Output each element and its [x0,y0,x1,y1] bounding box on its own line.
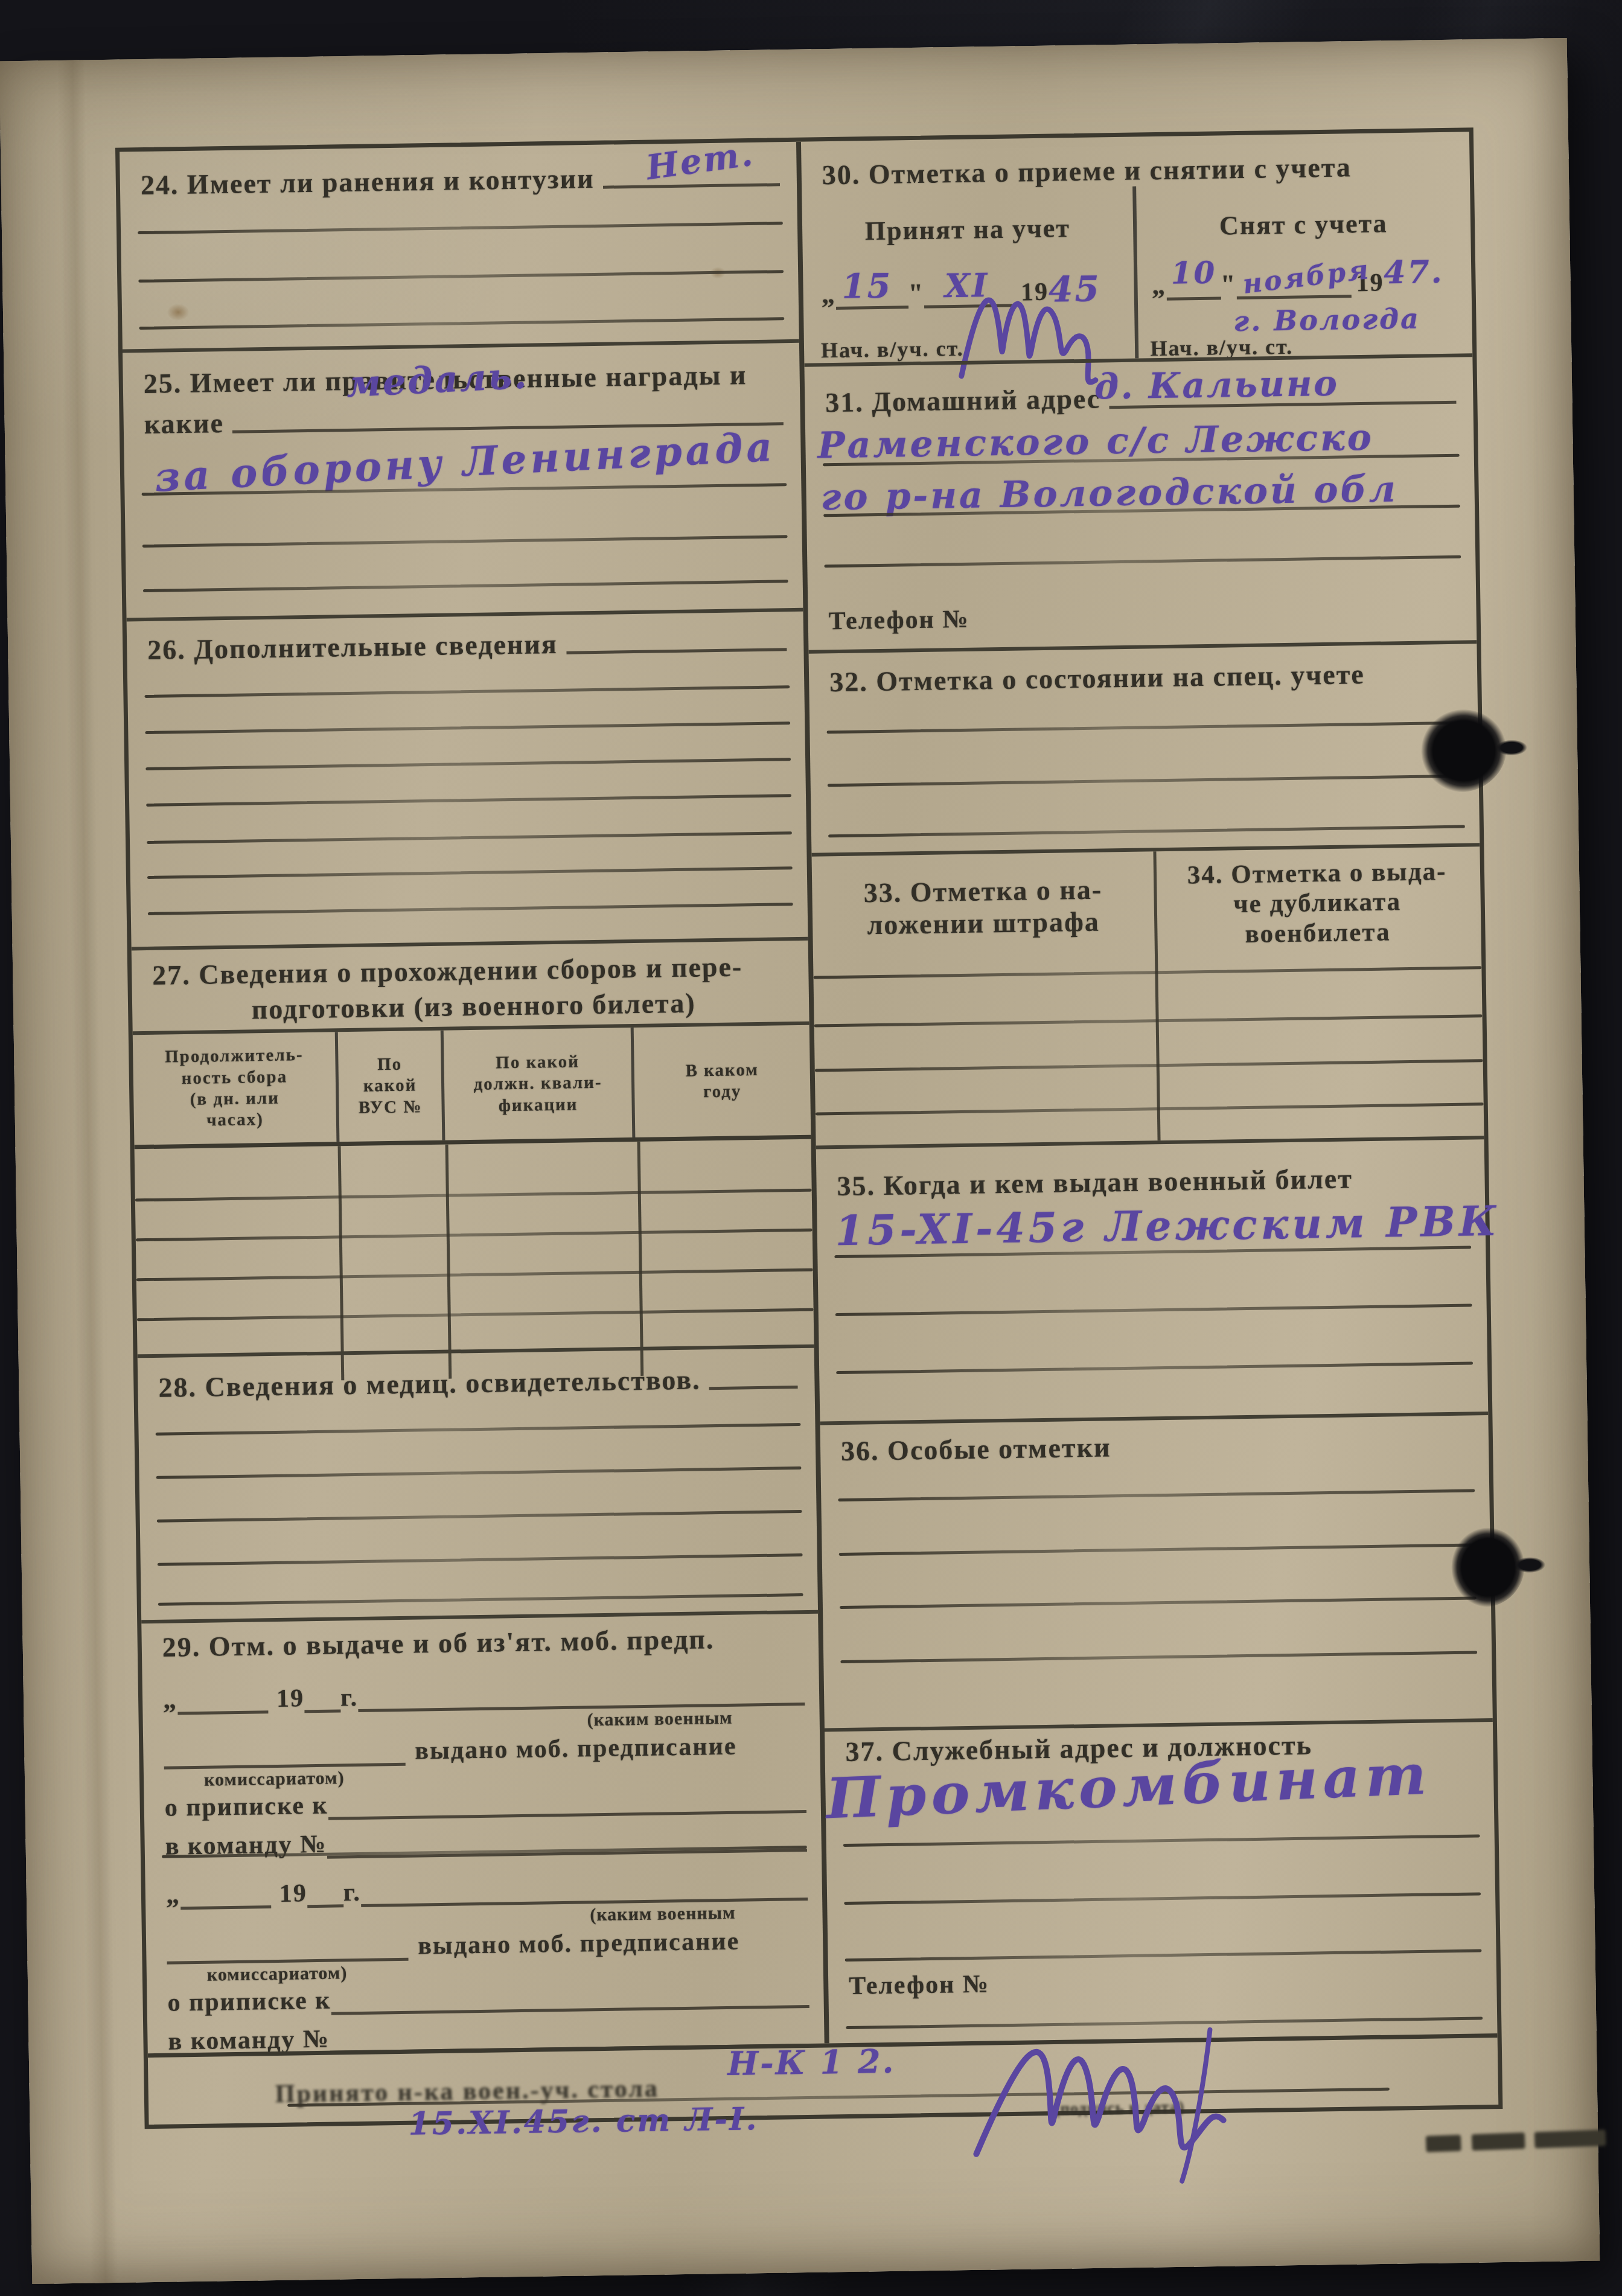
ruled-line [844,1892,1481,1905]
accepted-title: Принят на учет [802,212,1133,248]
ruled-line [147,831,792,844]
ruled-line [143,580,788,592]
mobilization-block-1: „ 19 г. (каким военным выдано моб. предп… [142,1675,822,1862]
ruled-line [845,1949,1482,1962]
removed-from-registration: Снят с учета „ 10 " ноября г. Вологда [1136,181,1473,358]
section-25-label-line2: какие [144,408,224,441]
ruled-line [142,535,788,548]
blank-day [180,1905,271,1910]
ruled-line [840,1651,1477,1663]
section-28-medical-examination: 28. Сведения о медиц. освидетельствов. [138,1345,818,1620]
header-bottom-line [813,966,1481,979]
remove-place-ink: г. Вологда [1233,302,1420,338]
table-vertical-line [637,1142,643,1376]
ruled-line [158,1593,803,1606]
year-print: 19 [279,1879,308,1908]
ruled-line [839,1543,1476,1556]
section-26-label: 26. Дополнительные сведения [147,628,558,667]
blank-year [307,1904,343,1908]
section-33-label: 33. Отметка о на- ложении штрафа [812,873,1155,942]
table-header-position: По какой должн. квали- фикации [444,1028,636,1140]
accepted-for-registration: Принят на учет „ 15 " XI 19 [802,187,1138,363]
section-27-label-line2: подготовки (из военного билета) [251,987,696,1026]
table-row-line [137,1308,814,1322]
table-header-year: В каком году [634,1025,811,1137]
blank-attach [328,1786,806,1820]
ruled-line [138,270,784,283]
removed-title: Снят с учета [1136,206,1470,242]
ruled-line [158,1553,803,1566]
mobilization-block-2: „ 19 г. (каким военным выдано моб. предп… [145,1869,825,2056]
section-28-fill-line [709,1386,798,1390]
blank-attach [331,1981,809,2015]
printer-mark-stamp [1426,2126,1608,2157]
section-35-military-card-issue: 35. Когда и кем выдан военный билет 15-X… [816,1136,1489,1421]
remove-day-ink: 10 [1170,255,1216,291]
section-34-label: 34. Отметка о выда- че дубликата военбил… [1154,856,1481,950]
ruled-line [828,775,1464,787]
table-row-line [136,1268,813,1282]
ruled-line [156,1423,801,1436]
address-ink-line1: д. Кальино [1094,363,1339,408]
military-registration-card-back: 24. Имеет ли ранения и контузии Нет. 25.… [115,127,1502,2129]
table-row-line [135,1189,812,1202]
year-suffix: г. [340,1683,359,1712]
section-36-special-marks: 36. Особые отметки [820,1412,1492,1728]
ruled-line [139,317,784,330]
issued-order-text: выдано моб. предписание [415,1732,737,1766]
section-30-registration-marks: 30. Отметка о приеме и снятии с учета Пр… [801,132,1472,363]
ruled-line [843,1834,1480,1847]
ruled-line [157,1510,802,1523]
ruled-line [816,1102,1484,1115]
signature-footer-ink [950,2003,1375,2190]
attach-label: о приписке к [164,1791,328,1823]
section-31-label: 31. Домашний адрес [825,383,1101,419]
blank-line [167,1937,409,1965]
section-33-34-header: 33. Отметка о на- ложении штрафа 34. Отм… [811,843,1484,1145]
quote-mark: " [908,278,924,309]
quote-mark: „ [1152,270,1167,301]
section-24-fill-line [603,183,780,188]
left-column: 24. Имеет ли ранения и контузии Нет. 25.… [120,142,829,2053]
quote-mark: " [1221,269,1237,299]
ruled-line [138,222,783,234]
ruled-line [826,721,1463,734]
accept-day-ink: 15 [841,266,893,307]
blank-year [304,1709,340,1713]
table-header-duration: Продолжитель- ность сбора (в дн. или час… [133,1032,340,1145]
footer-ink-entry-bottom: 15.XI.45г. ст Л-I. [408,2100,759,2143]
section-26-additional-info: 26. Дополнительные сведения [127,608,808,947]
table-row-line [136,1229,813,1242]
ruled-line [835,1303,1472,1316]
ruled-line [145,758,791,770]
section-25-awards: 25. Имеет ли правительственные награды и… [123,339,803,618]
remove-year-ink: 47. [1384,254,1444,291]
blank-day [177,1710,268,1715]
section-35-label: 35. Когда и кем выдан военный билет [837,1163,1353,1203]
quote-mark: „ [821,279,836,310]
attach-label: о приписке к [167,1986,331,2018]
section-36-label: 36. Особые отметки [841,1431,1111,1468]
section-24-wounds: 24. Имеет ли ранения и контузии Нет. [120,142,799,350]
section-25-handwritten-medal: медаль. [345,354,529,406]
section-32-label: 32. Отметка о состоянии на спец. учете [829,659,1365,699]
section-33-fine-mark: 33. Отметка о на- ложении штрафа [812,851,1155,956]
ruled-line [828,825,1465,838]
ruled-line [815,1059,1483,1072]
ruled-line [836,1361,1473,1374]
section-29-label: 29. Отм. о выдаче и об из'ят. моб. предп… [162,1623,714,1663]
section-24-label: 24. Имеет ли ранения и контузии [141,163,595,202]
ruled-line [838,1489,1475,1501]
ink-blot [1420,709,1507,793]
footer-ink-entry-top: Н-К 1 2. [727,2042,896,2083]
year-print: 19 [276,1684,305,1713]
quote-mark: „ [163,1684,178,1715]
scanned-paper: 24. Имеет ли ранения и контузии Нет. 25.… [0,38,1600,2284]
ruled-line [840,1596,1477,1609]
ruled-line [824,555,1461,568]
training-table: Продолжитель- ность сбора (в дн. или час… [133,1022,815,1384]
ruled-line [145,721,790,734]
remove-month-ink: ноября [1241,254,1372,300]
section-27-training-camps: 27. Сведения о прохождении сборов и пере… [132,937,814,1355]
section-37-phone-label: Телефон № [849,1969,989,2000]
section-29-mobilization-orders: 29. Отм. о выдаче и об из'ят. моб. предп… [141,1610,824,2050]
ruled-line [814,1014,1483,1027]
issued-order-text: выдано моб. предписание [418,1927,740,1961]
year-suffix: г. [343,1878,362,1907]
table-header-vus: По какой ВУС № [338,1031,445,1142]
section-26-fill-line [566,648,787,654]
ruled-line [156,1466,802,1479]
right-column: 30. Отметка о приеме и снятии с учета Пр… [801,132,1498,2043]
ruled-line [144,685,790,698]
section-34-duplicate-card: 34. Отметка о выда- че дубликата военбил… [1153,846,1481,950]
section-28-label: 28. Сведения о медиц. освидетельствов. [158,1364,701,1404]
quote-mark: „ [166,1879,181,1910]
blank-line [164,1742,406,1770]
ruled-line [148,903,793,915]
table-vertical-line [445,1145,452,1379]
table-vertical-line [338,1146,345,1380]
ruled-line [147,866,793,879]
section-32-special-registration: 32. Отметка о состоянии на спец. учете [808,640,1480,852]
ruled-line [146,794,791,807]
ink-blot [1451,1527,1525,1608]
section-31-home-address: 31. Домашний адрес д. Кальино Раменского… [804,353,1477,650]
section-31-phone-label: Телефон № [828,605,969,636]
